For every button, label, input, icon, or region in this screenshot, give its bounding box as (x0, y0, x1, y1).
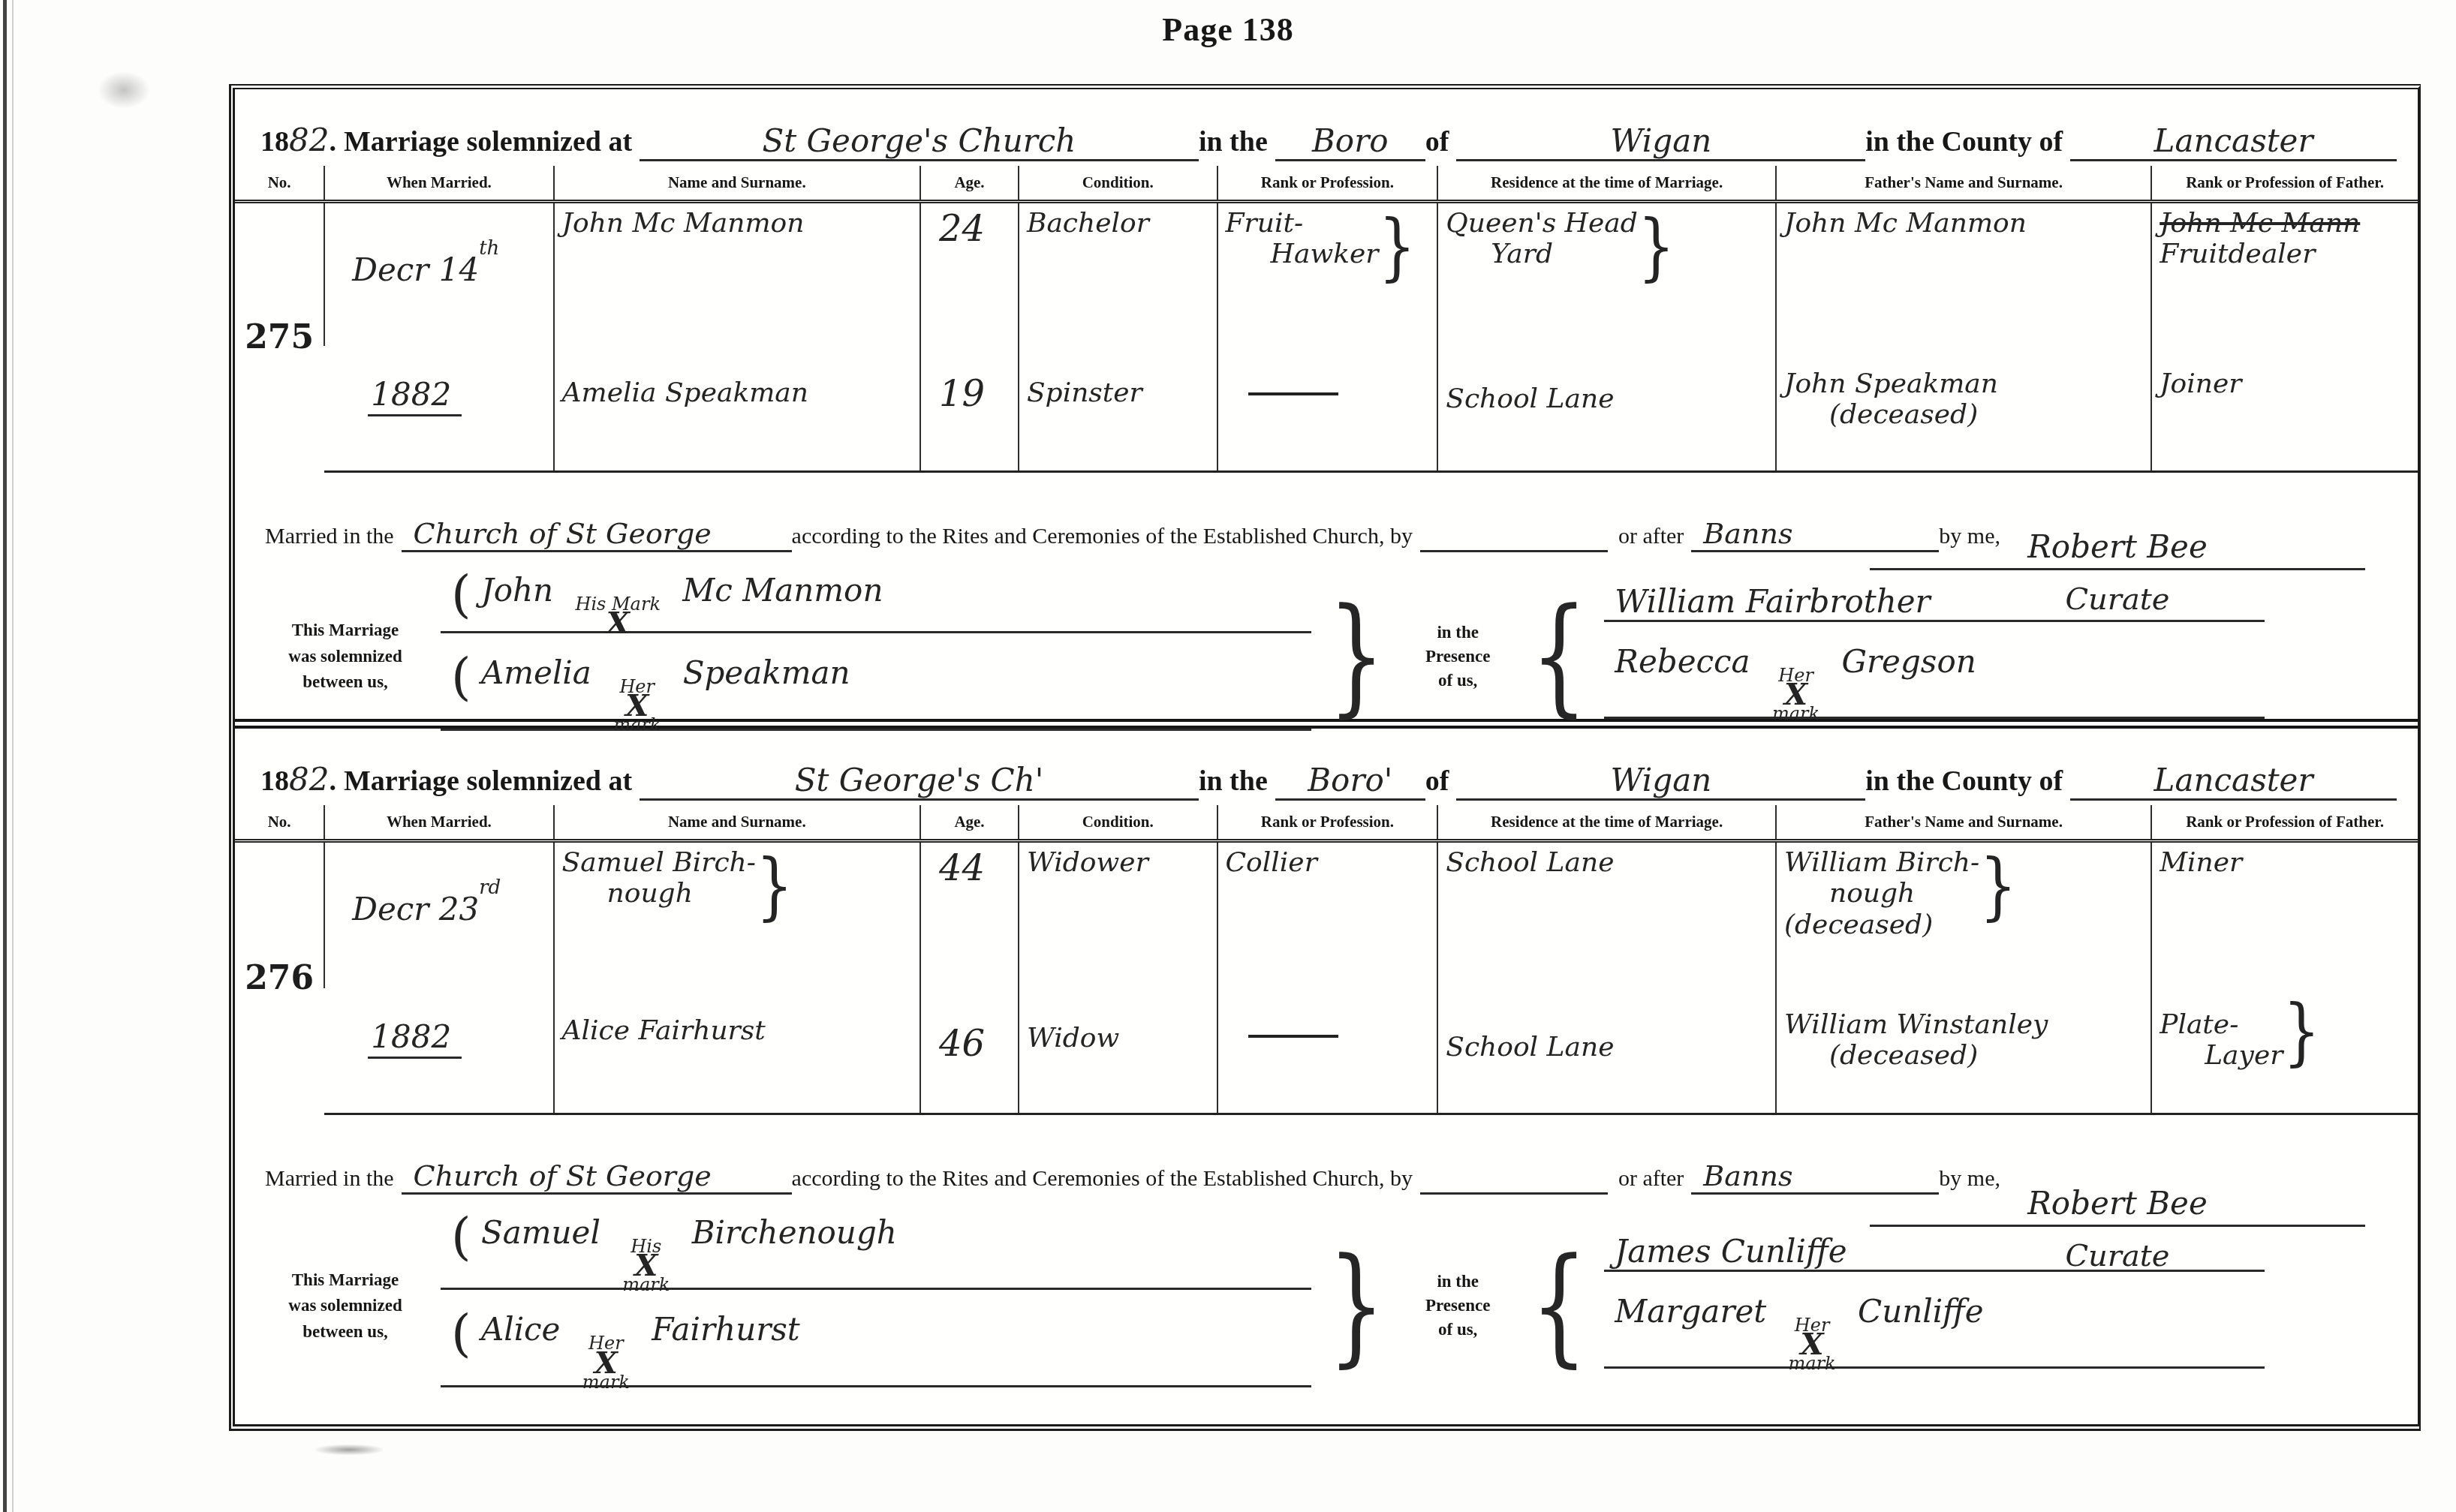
bride-father-rank-cell: Plate-Layer} (2151, 988, 2418, 1114)
brace-glyph: } (2283, 993, 2320, 1073)
brace-glyph: } (1379, 208, 1416, 288)
in-the-label: in the (1199, 125, 1275, 161)
year-handwritten: 82 (289, 122, 329, 158)
col-condition: Condition. (1019, 805, 1217, 841)
col-father-rank: Rank or Profession of Father. (2151, 166, 2418, 202)
his-mark: HisXmark (622, 1240, 670, 1292)
no-profession-dash (1248, 392, 1338, 395)
groom-profession-cell: Collier (1217, 841, 1438, 988)
register-table: No. When Married. Name and Surname. Age.… (235, 166, 2418, 473)
groom-age-cell: 44 (920, 841, 1019, 988)
bride-name-cell: Alice Fairhurst (554, 988, 921, 1114)
col-no: No. (235, 166, 324, 202)
paren-glyph: ( (451, 1207, 471, 1267)
officiant-block: Robert Bee Curate (1870, 528, 2365, 617)
bride-signature: ( Amelia HerXmark Speakman (441, 653, 1311, 730)
scanned-register-page: Page 138 1882. Marriage solemnized at St… (0, 0, 2456, 1512)
groom-condition-cell: Bachelor (1019, 202, 1217, 346)
groom-name-cell: Samuel Birch-nough} (554, 841, 921, 988)
paren-glyph: ( (451, 565, 471, 624)
groom-condition-cell: Widower (1019, 841, 1217, 988)
couple-signatures: ( Samuel HisXmark Birchenough ( Alice He… (441, 1205, 1311, 1407)
entry-title-line: 1882. Marriage solemnized at St George's… (235, 729, 2418, 805)
married-in-line: Married in the Church of St George accor… (235, 1115, 2418, 1195)
marriage-date-cell: Decr 23rd (324, 841, 553, 988)
licence-blank (1420, 527, 1608, 552)
bride-father-cell: William Winstanley(deceased) (1776, 988, 2151, 1114)
column-header-row: No. When Married. Name and Surname. Age.… (235, 166, 2418, 202)
scan-artifact (12, 0, 14, 1512)
page-number: Page 138 (0, 11, 2456, 49)
officiant-signature: Robert Bee (1870, 1185, 2365, 1227)
marriage-register-form: 1882. Marriage solemnized at St George's… (229, 84, 2421, 1431)
struck-out-text: John Mc Mann (2160, 208, 2410, 239)
bride-residence-cell: School Lane (1437, 988, 1776, 1114)
groom-father-rank-cell: Miner (2151, 841, 2418, 988)
groom-name-cell: John Mc Manmon (554, 202, 921, 346)
officiant-signature: Robert Bee (1870, 528, 2365, 570)
opening-brace: { (1530, 1249, 1588, 1363)
entry-title-line: 1882. Marriage solemnized at St George's… (235, 89, 2418, 166)
marriage-entry-275: 1882. Marriage solemnized at St George's… (235, 89, 2418, 729)
col-father-name: Father's Name and Surname. (1776, 805, 2151, 841)
no-profession-dash (1248, 1035, 1338, 1038)
witness-2-signature: Rebecca HerXmark Gregson (1604, 642, 2265, 719)
couple-signatures: ( John His MarkX Mc Manmon ( Amelia HerX… (441, 563, 1311, 750)
opening-brace: { (1530, 599, 1588, 714)
paren-glyph: ( (451, 1304, 471, 1363)
bride-profession-cell (1217, 346, 1438, 472)
her-mark: HerXmark (613, 680, 661, 732)
groom-father-cell: William Birch-nough(deceased)} (1776, 841, 2151, 988)
or-after-label: or after (1618, 1166, 1691, 1195)
bride-condition-cell: Spinster (1019, 346, 1217, 472)
scan-artifact (3, 0, 7, 1512)
entry-number: 275 (245, 318, 314, 356)
officiant-block: Robert Bee Curate (1870, 1185, 2365, 1273)
bride-profession-cell (1217, 988, 1438, 1114)
bride-row: 1882 Alice Fairhurst 46 Widow School Lan… (235, 988, 2418, 1114)
rites-label: according to the Rites and Ceremonies of… (792, 524, 1420, 552)
col-when-married: When Married. (324, 805, 553, 841)
county-label: in the County of (1865, 765, 2070, 801)
groom-profession-cell: Fruit-Hawker} (1217, 202, 1438, 346)
bride-age-cell: 46 (920, 988, 1019, 1114)
marriage-year-cell: 1882 (324, 988, 553, 1114)
col-residence: Residence at the time of Marriage. (1437, 166, 1776, 202)
her-mark: HerXmark (582, 1336, 630, 1389)
solemnized-label: This Marriagewas solemnizedbetween us, (259, 618, 432, 696)
bride-signature: ( Alice HerXmark Fairhurst (441, 1309, 1311, 1387)
col-name-surname: Name and Surname. (554, 805, 921, 841)
col-condition: Condition. (1019, 166, 1217, 202)
married-in-church-fill: Church of St George (402, 517, 792, 552)
church-name-fill: St George's Ch' (640, 762, 1199, 801)
married-in-church-fill: Church of St George (402, 1159, 792, 1195)
rites-label: according to the Rites and Ceremonies of… (792, 1166, 1420, 1195)
col-age: Age. (920, 166, 1019, 202)
district-fill: Wigan (1456, 122, 1865, 161)
county-fill: Lancaster (2070, 762, 2397, 801)
solemnized-at-label: Marriage solemnized at (344, 125, 640, 161)
col-when-married: When Married. (324, 166, 553, 202)
county-fill: Lancaster (2070, 122, 2397, 161)
marriage-entry-276: 1882. Marriage solemnized at St George's… (235, 729, 2418, 1417)
district-type-fill: Boro' (1275, 762, 1425, 801)
presence-label: in thePresenceof us, (1401, 621, 1514, 693)
marriage-date-cell: Decr 14th (324, 202, 553, 346)
bride-name-cell: Amelia Speakman (554, 346, 921, 472)
officiant-title: Curate (1870, 1227, 2365, 1273)
entry-number-cell: 276 (235, 841, 324, 1114)
col-residence: Residence at the time of Marriage. (1437, 805, 1776, 841)
col-rank-profession: Rank or Profession. (1217, 805, 1438, 841)
col-no: No. (235, 805, 324, 841)
groom-residence-cell: School Lane (1437, 841, 1776, 988)
groom-father-cell: John Mc Manmon (1776, 202, 2151, 346)
county-label: in the County of (1865, 125, 2070, 161)
column-header-row: No. When Married. Name and Surname. Age.… (235, 805, 2418, 841)
groom-residence-cell: Queen's HeadYard} (1437, 202, 1776, 346)
in-the-label: in the (1199, 765, 1275, 801)
of-label: of (1425, 125, 1457, 161)
groom-signature: ( Samuel HisXmark Birchenough (441, 1213, 1311, 1290)
col-father-name: Father's Name and Surname. (1776, 166, 2151, 202)
brace-glyph: } (1638, 208, 1675, 288)
witness-2-signature: Margaret HerXmark Cunliffe (1604, 1291, 2265, 1369)
marriage-year-cell: 1882 (324, 346, 553, 472)
district-fill: Wigan (1456, 762, 1865, 801)
licence-blank (1420, 1169, 1608, 1195)
year-label: 1882. (260, 122, 344, 161)
her-mark: HerXmark (1772, 669, 1819, 721)
year-label: 1882. (260, 761, 344, 801)
or-after-label: or after (1618, 524, 1691, 552)
brace-glyph: } (1979, 847, 2017, 927)
entry-number: 276 (245, 959, 314, 997)
bride-condition-cell: Widow (1019, 988, 1217, 1114)
her-mark: HerXmark (1789, 1318, 1836, 1371)
presence-label: in thePresenceof us, (1401, 1270, 1514, 1342)
groom-row: 276 Decr 23rd Samuel Birch-nough} 44 Wid… (235, 841, 2418, 988)
officiant-title: Curate (1870, 570, 2365, 617)
scan-artifact (315, 1444, 383, 1455)
married-in-label: Married in the (265, 524, 402, 552)
solemnized-label: This Marriagewas solemnizedbetween us, (259, 1267, 432, 1345)
scan-artifact (98, 71, 150, 109)
col-age: Age. (920, 805, 1019, 841)
entry-number-cell: 275 (235, 202, 324, 472)
bride-age-cell: 19 (920, 346, 1019, 472)
groom-signature: ( John His MarkX Mc Manmon (441, 570, 1311, 633)
bride-father-rank-cell: Joiner (2151, 346, 2418, 472)
of-label: of (1425, 765, 1457, 801)
church-name-fill: St George's Church (640, 122, 1199, 161)
paren-glyph: ( (451, 648, 471, 707)
district-type-fill: Boro (1275, 122, 1425, 161)
bride-row: 1882 Amelia Speakman 19 Spinster School … (235, 346, 2418, 472)
bride-father-cell: John Speakman(deceased) (1776, 346, 2151, 472)
brace-glyph: } (756, 847, 793, 927)
his-mark: His MarkX (575, 597, 660, 636)
register-table: No. When Married. Name and Surname. Age.… (235, 805, 2418, 1115)
col-name-surname: Name and Surname. (554, 166, 921, 202)
bride-residence-cell: School Lane (1437, 346, 1776, 472)
groom-father-rank-cell: John Mc MannFruitdealer (2151, 202, 2418, 346)
col-father-rank: Rank or Profession of Father. (2151, 805, 2418, 841)
solemnized-at-label: Marriage solemnized at (344, 765, 640, 801)
col-rank-profession: Rank or Profession. (1217, 166, 1438, 202)
groom-row: 275 Decr 14th John Mc Manmon 24 Bachelor… (235, 202, 2418, 346)
married-in-label: Married in the (265, 1166, 402, 1195)
closing-brace: } (1328, 1249, 1385, 1363)
year-handwritten: 82 (289, 761, 329, 798)
groom-age-cell: 24 (920, 202, 1019, 346)
closing-brace: } (1328, 599, 1385, 714)
